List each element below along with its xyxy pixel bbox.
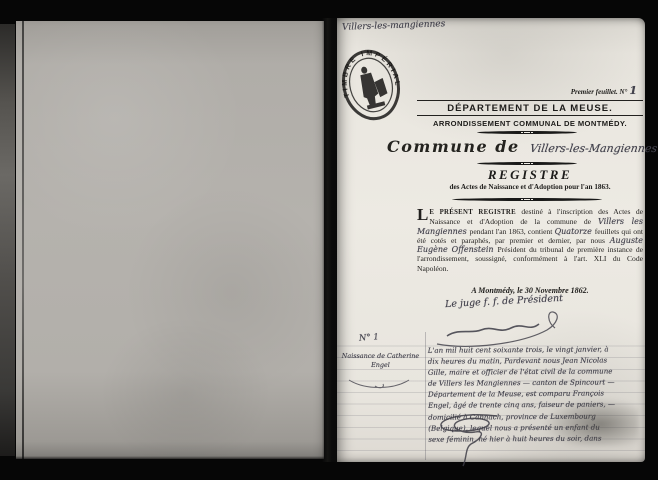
right-register-page: Villers-les-mangiennes TIMBRE IMPÉRIAL P… — [337, 18, 645, 462]
ink-smudge — [543, 398, 639, 446]
commune-annotation: Villers-les-mangiennes — [342, 19, 446, 33]
act-margin-title: Naissance de Catherine Engel — [338, 352, 423, 370]
page-gutter-shadow — [322, 18, 338, 462]
folio-number: 1 — [629, 84, 637, 97]
act-line: de Villers les Mangiennes — canton de Sp… — [428, 377, 644, 390]
imperial-stamp: TIMBRE IMPÉRIAL — [333, 41, 410, 129]
margin-flourish — [345, 374, 415, 392]
preamble-text-2: pendant l'an 1863, contient — [470, 227, 555, 236]
act-margin-title-line2: Engel — [338, 361, 423, 370]
folio-label: Premier feuillet. N° — [571, 88, 628, 96]
act-margin-divider — [425, 332, 426, 460]
commune-label: Commune de — [387, 137, 520, 156]
divider-ornament-3 — [452, 198, 602, 201]
left-blank-page — [16, 21, 324, 459]
divider-ornament-1 — [477, 131, 577, 134]
act-margin-title-line1: Naissance de Catherine — [338, 352, 423, 361]
feuillet-count: Quatorze — [555, 227, 595, 236]
horizontal-rule-mid — [417, 115, 643, 116]
preamble-opening: E PRÉSENT REGISTRE — [429, 209, 521, 216]
departement-heading: DÉPARTEMENT DE LA MEUSE. — [417, 103, 643, 114]
register-title: REGISTRE — [417, 167, 643, 183]
arrondissement-heading: ARRONDISSEMENT COMMUNAL DE MONTMÉDY. — [417, 119, 643, 128]
preamble-dropcap: L — [417, 207, 428, 222]
folio-line: Premier feuillet. N°1 — [571, 84, 637, 97]
book-spine-edge — [0, 24, 15, 456]
commune-line: Commune de Villers-les-Mangiennes — [387, 137, 643, 157]
stamp-figure — [357, 63, 391, 110]
horizontal-rule-top — [417, 100, 643, 101]
commune-name: Villers-les-Mangiennes — [529, 142, 658, 155]
preamble-paragraph: LE PRÉSENT REGISTRE destiné à l'inscript… — [417, 207, 643, 273]
divider-ornament-2 — [477, 162, 577, 165]
register-subtitle: des Actes de Naissance et d'Adoption pou… — [411, 183, 649, 191]
act-number: N° 1 — [359, 332, 379, 343]
notary-paraph-flourish — [427, 410, 522, 470]
